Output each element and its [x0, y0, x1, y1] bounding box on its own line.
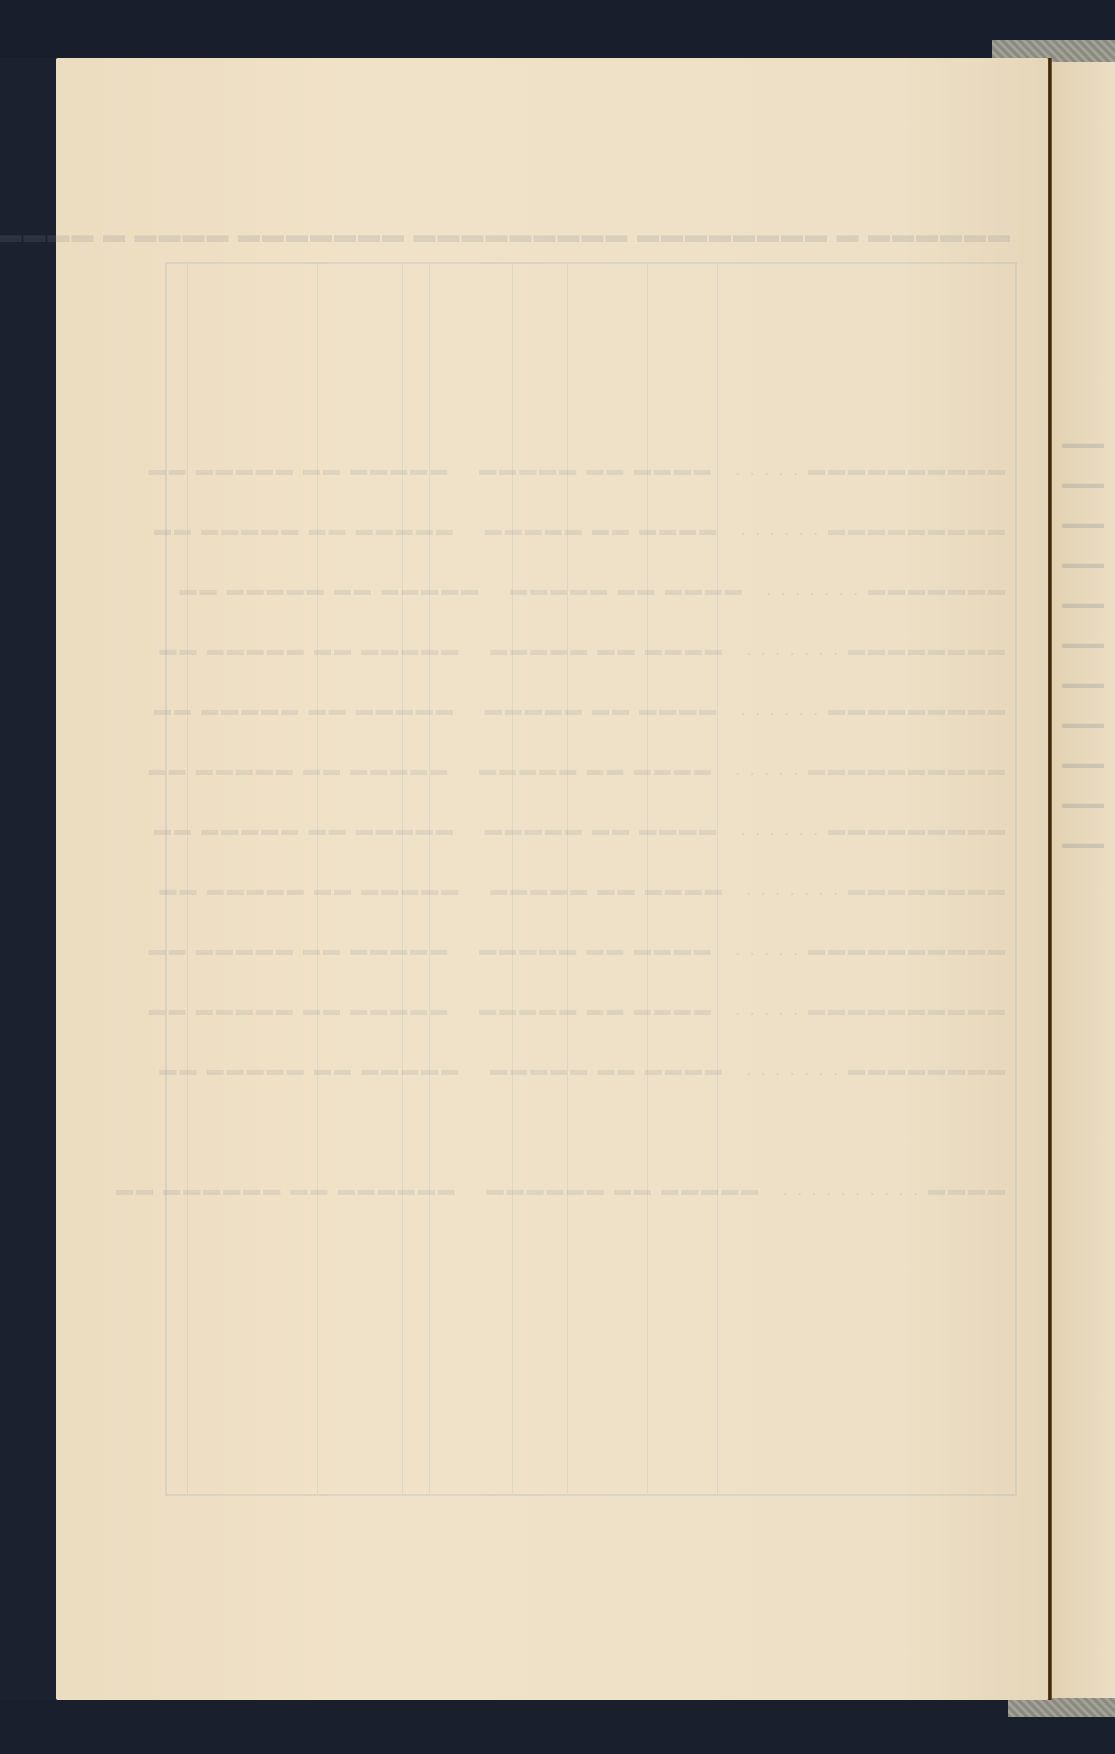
ghost-column-line [187, 264, 188, 1494]
ghost-column-line [567, 264, 568, 1494]
adjacent-page-fragment: ▬▬▬ [1062, 677, 1112, 691]
adjacent-page-fragment: ▬▬▬ [1062, 517, 1112, 531]
bleed-through-title: ▬▬▬▬▬▬ ▬ ▬▬▬▬▬▬▬▬ ▬▬▬▬▬▬▬▬▬ ▬▬▬▬▬▬▬ ▬▬▬▬… [190, 222, 1010, 244]
ghost-row: ▬▬▬▬▬▬▬▬ . . . . . . . ▬▬▬▬ ▬▬ ▬▬▬▬▬ ▬▬▬… [177, 880, 1005, 898]
ghost-row: ▬▬▬▬▬▬▬ . . . . . . . ▬▬▬▬ ▬▬ ▬▬▬▬▬ ▬▬▬▬… [177, 580, 1005, 598]
ghost-row: ▬▬▬▬▬▬▬▬▬▬ . . . . . ▬▬▬▬ ▬▬ ▬▬▬▬▬ ▬▬▬▬▬… [177, 1000, 1005, 1018]
book-cover-bottom [0, 1700, 1115, 1754]
ghost-column-line [402, 264, 403, 1494]
adjacent-page-fragment: ▬▬▬ [1062, 717, 1112, 731]
adjacent-page-fragment: ▬▬▬ [1062, 437, 1112, 451]
adjacent-page-fragment: ▬▬▬ [1062, 797, 1112, 811]
adjacent-page-fragment: ▬▬▬ [1062, 557, 1112, 571]
book-cover-top [0, 0, 1115, 58]
adjacent-page-fragment: ▬▬▬ [1062, 477, 1112, 491]
adjacent-page-fragment: ▬▬▬ [1062, 757, 1112, 771]
ghost-row: ▬▬▬▬▬▬▬▬▬▬ . . . . . ▬▬▬▬ ▬▬ ▬▬▬▬▬ ▬▬▬▬▬… [177, 460, 1005, 478]
ghost-row: ▬▬▬▬▬▬▬▬▬ . . . . . . ▬▬▬▬ ▬▬ ▬▬▬▬▬ ▬▬▬▬… [177, 520, 1005, 538]
ghost-row: ▬▬▬▬▬▬▬▬▬ . . . . . . ▬▬▬▬ ▬▬ ▬▬▬▬▬ ▬▬▬▬… [177, 700, 1005, 718]
ghost-column-line [317, 264, 318, 1494]
ghost-row: ▬▬▬▬▬▬▬▬▬▬ . . . . . ▬▬▬▬ ▬▬ ▬▬▬▬▬ ▬▬▬▬▬… [177, 940, 1005, 958]
ghost-row: ▬▬▬▬▬▬▬▬ . . . . . . . ▬▬▬▬ ▬▬ ▬▬▬▬▬ ▬▬▬… [177, 640, 1005, 658]
ghost-row: ▬▬▬▬▬▬▬▬▬ . . . . . . ▬▬▬▬ ▬▬ ▬▬▬▬▬ ▬▬▬▬… [177, 820, 1005, 838]
ghost-row: ▬▬▬▬▬▬▬▬ . . . . . . . ▬▬▬▬ ▬▬ ▬▬▬▬▬ ▬▬▬… [177, 1060, 1005, 1078]
ghost-row-total: ▬▬▬▬ . . . . . . . . . . ▬▬▬▬▬ ▬▬ ▬▬▬▬▬▬… [177, 1180, 1005, 1198]
ghost-row: ▬▬▬▬▬▬▬▬▬▬ . . . . . ▬▬▬▬ ▬▬ ▬▬▬▬▬ ▬▬▬▬▬… [177, 760, 1005, 778]
ghost-column-line [429, 264, 430, 1494]
ghost-column-line [647, 264, 648, 1494]
adjacent-page-fragment: ▬▬▬ [1062, 837, 1112, 851]
adjacent-page-fragment: ▬▬▬ [1062, 597, 1112, 611]
bleed-through-table: ▬▬▬▬▬▬▬▬▬▬ . . . . . ▬▬▬▬ ▬▬ ▬▬▬▬▬ ▬▬▬▬▬… [165, 262, 1017, 1496]
adjacent-page-fragment: ▬▬▬ [1062, 637, 1112, 651]
ghost-column-line [512, 264, 513, 1494]
adjacent-page-edge [1052, 62, 1115, 1698]
ghost-column-line [717, 264, 718, 1494]
